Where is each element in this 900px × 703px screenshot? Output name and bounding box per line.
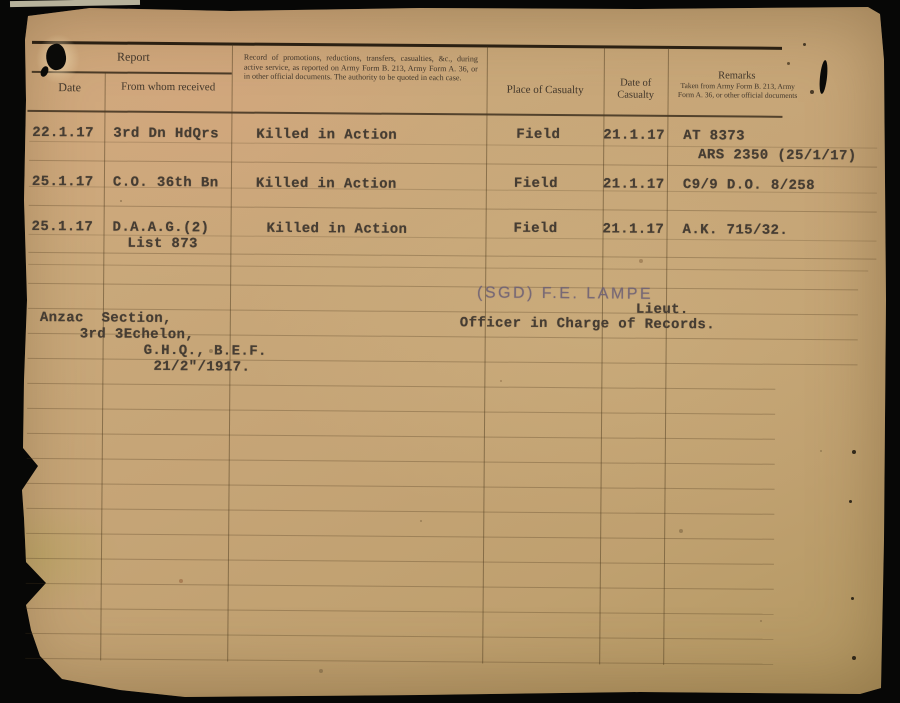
row1-report-date: 22.1.17 (32, 125, 94, 141)
office-line3: G.H.Q., B.E.F. (144, 343, 267, 360)
rule-line (27, 483, 775, 490)
row3-from-whom: D.A.A.G.(2) (113, 220, 210, 237)
column-header-remarks-note: Taken from Army Form B. 213, Army Form A… (676, 82, 800, 100)
office-line1: Anzac Section, (40, 310, 172, 327)
column-header-record-note: Record of promotions, reductions, transf… (244, 53, 478, 83)
row3-place: Field (514, 221, 558, 237)
scanned-casualty-form: { "form": { "header": { "report": "Repor… (0, 0, 900, 703)
rule-line (26, 533, 774, 540)
column-header-place-of-casualty: Place of Casualty (489, 84, 602, 97)
row2-from-whom: C.O. 36th Bn (113, 175, 219, 192)
row3-remarks: A.K. 715/32. (683, 222, 789, 239)
header-bottom-rule (27, 110, 782, 118)
rule-line (27, 458, 775, 465)
column-header-date: Date (35, 80, 105, 96)
rule-line (26, 558, 774, 565)
rule-line (28, 264, 868, 272)
row3-report-date: 25.1.17 (32, 219, 94, 235)
rule-line (29, 205, 877, 213)
row1-remarks: AT 8373 (683, 128, 745, 144)
column-header-date-of-casualty-line2: Casualty (606, 89, 666, 100)
rule-line (27, 383, 775, 390)
margin-dot (851, 597, 854, 600)
form-content-layer: Report Date From whom received Record of… (0, 0, 900, 703)
rule-line (26, 608, 774, 615)
rule-line (28, 252, 876, 260)
signature-title: Officer in Charge of Records. (460, 315, 715, 333)
rule-line (25, 633, 773, 640)
ink-speck (803, 43, 806, 46)
rule-line (28, 283, 858, 291)
signature-rank: Lieut. (636, 302, 689, 318)
row2-place: Field (514, 176, 558, 192)
office-line2: 3rd 3Echelon, (80, 326, 195, 343)
row2-record: Killed in Action (256, 176, 397, 193)
paper-speckles (120, 200, 122, 202)
column-header-date-of-casualty-line1: Date of (606, 77, 666, 88)
margin-dot (852, 450, 856, 454)
row1-record: Killed in Action (256, 127, 397, 144)
rule-line (26, 583, 774, 590)
row2-casualty-date: 21.1.17 (603, 176, 665, 192)
signature-stamp: (SGD) F.E. LAMPE (477, 284, 653, 303)
office-line4: 21/2"/1917. (153, 359, 250, 376)
table-top-rule (32, 41, 782, 50)
margin-dot (849, 500, 852, 503)
row1-from-whom: 3rd Dn HdQrs (113, 126, 219, 143)
rule-line (25, 658, 773, 665)
row2-remarks: C9/9 D.O. 8/258 (683, 177, 815, 194)
ink-speck (810, 90, 814, 94)
row1-place: Field (516, 127, 560, 143)
rule-line (27, 408, 775, 415)
row3-record: Killed in Action (267, 221, 408, 238)
rule-line (28, 358, 858, 366)
column-header-from-whom: From whom received (105, 81, 232, 94)
row2-report-date: 25.1.17 (32, 174, 94, 190)
row1-remarks-line2: ARS 2350 (25/1/17) (698, 147, 857, 164)
ink-speck (787, 62, 790, 65)
row3-from-whom-line2: List 873 (127, 236, 198, 253)
rule-line (27, 433, 775, 440)
rule-line (26, 508, 774, 515)
margin-dot (852, 656, 856, 660)
row1-casualty-date: 21.1.17 (603, 127, 665, 143)
row3-casualty-date: 21.1.17 (603, 221, 665, 237)
column-divider-line (482, 47, 488, 664)
